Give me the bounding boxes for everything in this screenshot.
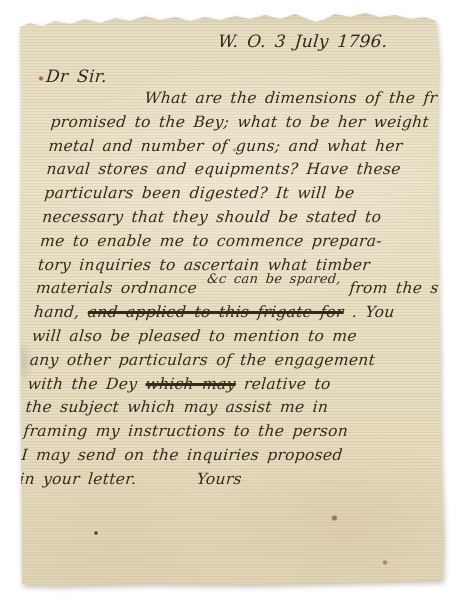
letter-line: with the Dey which may relative to — [27, 373, 431, 397]
text-segment: relative to — [243, 375, 331, 393]
text-segment: naval stores and equipments? Have these — [46, 160, 402, 178]
letter-line: I may send on the inquiries proposed — [20, 444, 424, 468]
text-segment: . You — [351, 303, 395, 321]
text-segment: necessary that they should be stated to — [42, 208, 383, 226]
closing-text: Yours — [196, 470, 243, 488]
letter-line: will also be pleased to mention to me — [31, 325, 435, 349]
letter-line: particulars been digested? It will be — [43, 182, 447, 206]
text-segment: with the Dey — [27, 375, 138, 393]
letter-line: naval stores and equipments? Have these — [45, 158, 449, 182]
text-segment: promised to the Bey; what to be her weig… — [50, 113, 454, 131]
text-segment: materials ordnance — [35, 279, 197, 297]
text-segment: tory inquiries to ascertain what timber — [37, 256, 370, 274]
text-segment: framing my instructions to the person — [23, 422, 349, 440]
letter-line: framing my instructions to the person — [22, 420, 426, 444]
stain-spot — [382, 560, 388, 565]
letter-line: materials ordnance &c can be spared, fro… — [35, 277, 439, 301]
letter-line: me to enable me to commence prepara- — [39, 230, 443, 254]
stain-spot — [331, 515, 338, 521]
letter-paper: W. O. 3 July 1796. Dr Sir. What are the … — [0, 0, 462, 600]
manuscript-scan: W. O. 3 July 1796. Dr Sir. What are the … — [0, 0, 462, 600]
dateline: W. O. 3 July 1796. — [217, 32, 388, 52]
letter-line: any other particulars of the engagement — [29, 349, 433, 373]
text-segment: will also be pleased to mention to me — [31, 327, 358, 345]
paper-shadow: W. O. 3 July 1796. Dr Sir. What are the … — [0, 0, 462, 600]
text-segment: any other particulars of the engagement — [29, 351, 376, 369]
letter-line: necessary that they should be stated to — [41, 206, 445, 230]
interlined-insertion: &c can be spared, — [206, 275, 341, 285]
text-segment: hand, — [33, 303, 80, 321]
text-segment: me to enable me to commence prepara- — [39, 232, 382, 250]
text-segment: in your letter. — [19, 470, 138, 488]
ink-dot — [38, 76, 44, 81]
text-segment: particulars been digested? It will be — [44, 184, 356, 202]
letter-line: promised to the Bey; what to be her weig… — [50, 111, 454, 135]
text-segment: the subject which may assist me in — [25, 398, 329, 416]
letter-line: hand, and applied to this frigate for . … — [33, 301, 437, 325]
letter-body: What are the dimensions of the frigatepr… — [18, 87, 455, 492]
letter-line: What are the dimensions of the frigate — [52, 87, 456, 111]
struck-text: which may — [145, 375, 237, 393]
salutation: Dr Sir. — [45, 67, 108, 87]
text-segment: What are the dimensions of the frigate — [144, 89, 462, 107]
ink-dot — [94, 531, 98, 535]
text-segment: I may send on the inquiries proposed — [21, 446, 344, 464]
letter-line: in your letter. Yours — [18, 468, 422, 492]
text-segment: metal and number of guns; and what her — [48, 137, 404, 155]
struck-text: and applied to this frigate for — [87, 303, 345, 321]
letter-line: metal and number of guns; and what her — [47, 135, 451, 159]
letter-line: the subject which may assist me in — [25, 396, 429, 420]
text-segment: from the stock on — [349, 279, 462, 297]
